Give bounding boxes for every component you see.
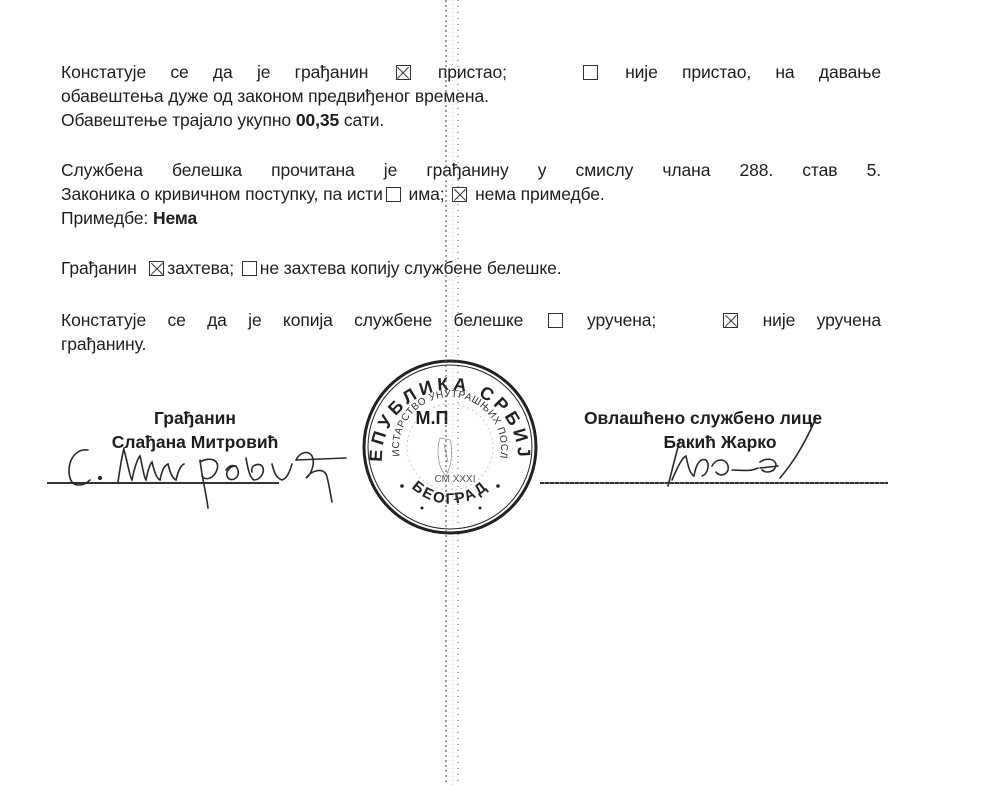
consent-prefix: Констатује се да је грађанин xyxy=(61,62,368,82)
paragraph-read-line1: Службена белешка прочитана је грађанину … xyxy=(61,159,881,181)
label-has-remarks: има; xyxy=(409,184,445,204)
duration-label: Обавештење трајало укупно xyxy=(61,110,291,130)
label-not-delivered: није уручена xyxy=(763,310,881,330)
paragraph-consent-line3: Обавештење трајало укупно 00,35 сати. xyxy=(61,109,881,131)
duration-value: 00,35 xyxy=(296,110,339,130)
checkbox-requests-copy[interactable] xyxy=(149,261,164,276)
official-stamp: РЕПУБЛИКА СРБИЈА МИНИСТАРСТВО УНУТРАШЊИХ… xyxy=(360,358,540,536)
remarks-label: Примедбе: xyxy=(61,208,148,228)
paragraph-copy-request: Грађанин захтева; не захтева копију служ… xyxy=(61,257,881,279)
label-not-agreed: није пристао, на давање xyxy=(625,62,881,82)
checkbox-not-requests-copy[interactable] xyxy=(242,261,257,276)
duration-unit: сати. xyxy=(344,110,384,130)
stamp-emblem-icon xyxy=(438,438,452,476)
stamp-mp-label: М.П xyxy=(416,408,449,428)
checkbox-has-remarks[interactable] xyxy=(386,187,401,202)
label-delivered: уручена; xyxy=(587,310,656,330)
label-agreed: пристао; xyxy=(438,62,507,82)
paragraph-consent-line1: Констатује се да је грађанин пристао; ни… xyxy=(61,61,881,83)
remarks-value: Нема xyxy=(153,208,197,228)
checkbox-delivered[interactable] xyxy=(548,313,563,328)
checkbox-not-agreed[interactable] xyxy=(583,65,598,80)
delivery-prefix: Констатује се да је копија службене беле… xyxy=(61,310,523,330)
official-signature xyxy=(650,410,830,500)
stamp-center-text: СМ XXXI xyxy=(434,474,475,485)
checkbox-not-delivered[interactable] xyxy=(723,313,738,328)
paragraph-delivery-line1: Констатује се да је копија службене беле… xyxy=(61,309,881,331)
stamp-number: 1 xyxy=(453,491,459,503)
copy-request-prefix: Грађанин xyxy=(61,258,137,278)
label-not-requests-copy: не захтева копију службене белешке. xyxy=(260,258,562,278)
citizen-signature xyxy=(60,420,360,510)
checkbox-no-remarks[interactable] xyxy=(452,187,467,202)
paragraph-delivery-line2: грађанину. xyxy=(61,333,881,355)
paragraph-read-line2: Законика о кривичном поступку, па исти и… xyxy=(61,183,881,205)
paragraph-consent-line2: обавештења дуже од законом предвиђеног в… xyxy=(61,85,881,107)
label-no-remarks: нема примедбе. xyxy=(475,184,605,204)
checkbox-agreed[interactable] xyxy=(396,65,411,80)
label-requests-copy: захтева; xyxy=(167,258,234,278)
remarks-line: Примедбе: Нема xyxy=(61,207,881,229)
page-fold-line xyxy=(452,0,453,785)
read-prefix: Законика о кривичном поступку, па исти xyxy=(61,184,383,204)
